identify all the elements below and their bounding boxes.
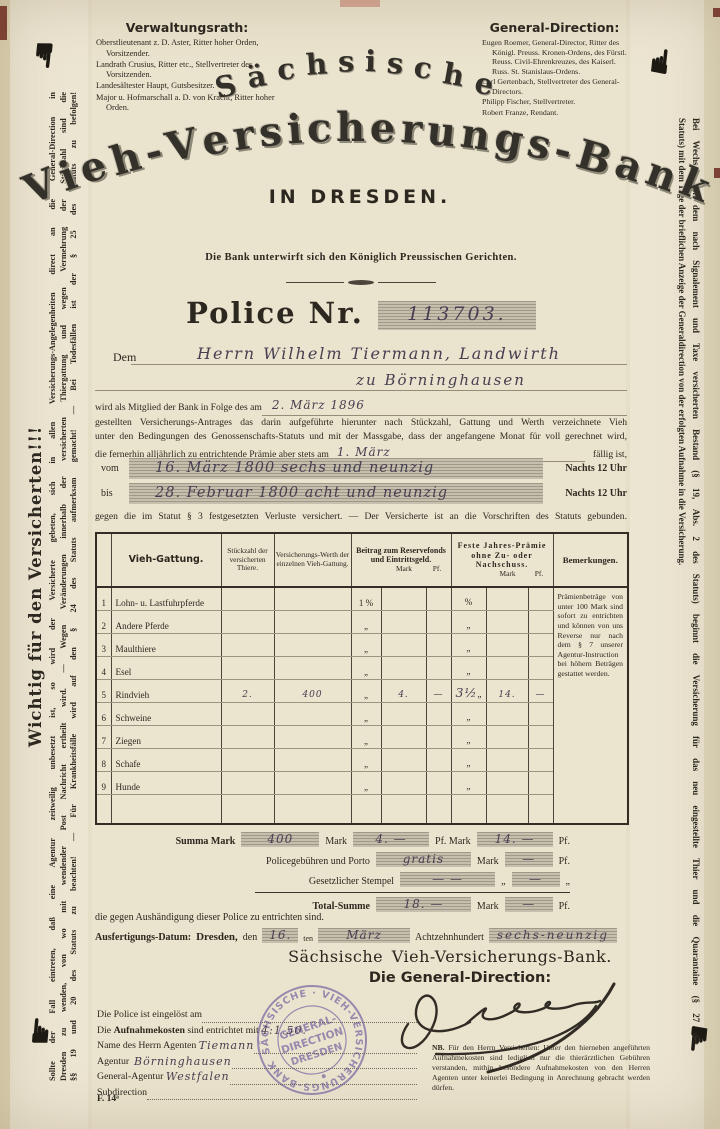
unit-label: Pf. [559,901,570,912]
aufnahme-post: sind entrichtet mit [187,1024,258,1039]
summary-block: Summa Mark 400 Mark 4. — Pf. Mark 14. — … [95,832,570,917]
unit-label: Pf. [559,856,570,867]
statute-closing-line: gegen die im Statut § 3 festgesetzten Ve… [95,510,627,525]
agent-label: Name des Herrn Agenten [97,1039,196,1054]
para-text: unter den Bedingungen des Genossenschaft… [95,430,627,445]
col-werth: Versicherungs-Werth der einzelnen Vieh-G… [274,533,351,587]
table-row: 5Rindvieh 2.400 „4.— 3½„ 14.— [96,679,628,702]
agentur-value-hw: Börninghausen [134,1055,232,1070]
issue-date-row: Ausfertigungs-Datum: Dresden, den 16. te… [95,928,627,943]
unit-label: „ [501,876,505,887]
col-praemie-group: Feste Jahres-Prämie ohne Zu- oder Nachsc… [451,533,553,587]
issue-den: den [243,932,257,943]
issue-month-box: März [318,928,410,943]
holder-place: zu Börninghausen [356,371,526,389]
col-bemerkungen: Bemerkungen. [553,533,628,587]
vom-value: 16. März 1800 sechs und neunzig [155,460,434,476]
holder-salutation: Dem [95,350,131,365]
verwaltungsrath-title: Verwaltungsrath: [96,20,278,35]
general-agentur-label: General-Agentur [97,1070,163,1085]
unit-label: Mark [477,856,499,867]
para-text: wird als Mitglied der Bank in Folge des … [95,401,262,416]
livestock-table: Vieh-Gattung. Stückzahl der versicherten… [95,532,629,825]
table-row: 8Schafe „ „ [96,748,628,771]
col-stueckzahl: Stückzahl der versicherten Thiere. [221,533,274,587]
bank-title-line2: Vieh-Versicherungs-Bank [24,104,696,151]
bis-value-box: 28. Februar 1800 acht und neunzig [129,483,543,504]
application-date-hw: 2. März 1896 [272,398,365,412]
holder-block: Dem Herrn Wilhelm Tiermann, Landwirth zu… [95,344,627,391]
issue-day-box: 16. [262,928,298,943]
total-box: 18. — [376,897,471,912]
issue-label: Ausfertigungs-Datum: [95,932,191,943]
gebuehren-label: Policegebühren und Porto [266,856,370,867]
table-row: 9Hunde „ „ [96,771,628,794]
bank-title-line1: Sächsische [28,44,692,78]
stempel-pf-box: — [512,872,560,887]
margin-line: Dresden zu wenden, von wo mit wendender … [59,92,70,1081]
remarks-cell: Prämienbeträge von unter 100 Mark sind s… [553,587,628,824]
premium-due-date-hw: 1. März [337,445,391,459]
stempel-row: Gesetzlicher Stempel — — „ — „ [95,872,570,887]
police-label: Police Nr. [186,296,364,330]
issue-city: Dresden, [196,931,238,943]
edge-mark [340,0,380,7]
table-row: 4Esel „ „ [96,656,628,679]
aufnahme-value-hw: 4:1.50. [261,1024,307,1039]
total-label: Total-Summe [313,901,370,912]
nb-text: Für den Herrn Versicherten: Unter den hi… [432,1043,650,1092]
general-direction-title: General-Direction: [482,20,627,35]
col-beitrag-group: Beitrag zum Reservefonds und Eintrittsge… [351,533,451,587]
court-note: Die Bank unterwirft sich den Königlich P… [95,252,627,263]
gebuehren-row: Policegebühren und Porto gratis Mark — P… [95,852,570,867]
table-row: 6Schweine „ „ [96,702,628,725]
nachts-label: Nachts 12 Uhr [543,488,627,499]
table-row: 2Andere Pferde „ „ [96,610,628,633]
bis-label: bis [95,488,129,499]
table-row: 7Ziegen „ „ [96,725,628,748]
eingeloest-label: Die Police ist eingelöst am [97,1008,202,1023]
margin-line: §§ 19 und 20 des Statuts zu beachten! — … [69,92,80,1081]
col-gattung: Vieh-Gattung. [111,533,221,587]
summa-label: Summa Mark [176,836,236,847]
issue-year-box: sechs-neunzig [489,928,617,943]
stempel-box: — — [400,872,495,887]
issue-ten: ten [303,934,313,943]
agentur-label: Agentur [97,1055,129,1070]
police-number: 113703. [407,303,507,325]
policy-document: ☛ ☛ ☛ ☛ Wichtig für den Versicherten!!! … [0,0,720,1129]
margin-line: Sollte der Fall eintreten, daß eine Agen… [48,92,59,1081]
nb-note: NB. Für den Herrn Versicherten: Unter de… [432,1043,650,1093]
police-number-row: Police Nr. 113703. [95,296,627,330]
aufnahme-pre: Die [97,1024,111,1039]
summa-row: Summa Mark 400 Mark 4. — Pf. Mark 14. — … [95,832,570,847]
total-pf-box: — [505,897,553,912]
summa-werth-box: 400 [241,832,319,847]
nachts-label: Nachts 12 Uhr [543,463,627,474]
holder-name: Herrn Wilhelm Tiermann, Landwirth [197,344,561,363]
edge-mark [713,8,720,17]
unit-label: Mark [477,901,499,912]
unit-label: Pf. [559,836,570,847]
unit-label: Pf. Mark [435,836,471,847]
bis-value: 28. Februar 1800 acht und neunzig [155,485,448,501]
stempel-label: Gesetzlicher Stempel [309,876,394,887]
aufnahmekosten-label: Aufnahmekosten [114,1024,185,1039]
summary-note: die gegen Aushändigung dieser Police zu … [95,912,324,923]
unit-label: Mark [325,836,347,847]
agent-name-hw: Tiemann [199,1039,255,1054]
margin-line: Bei Wechseln in dem nach Signalement und… [689,118,703,1045]
membership-paragraph: wird als Mitglied der Bank in Folge des … [95,398,627,462]
nb-label: NB. [432,1043,445,1052]
edge-mark [0,6,7,40]
unit-label: „ [566,876,570,887]
gebuehren-box: gratis [376,852,471,867]
form-number: F. 14ᵃ [97,1094,119,1104]
col-nr [96,533,111,587]
issue-hundert: Achtzehnhundert [415,932,484,943]
table-row: 3Maulthiere „ „ [96,633,628,656]
margin-line: Statuts) mit dem Tage der brieflichen An… [675,118,689,1045]
vom-label: vom [95,463,129,474]
table-row-empty [96,794,628,824]
gebuehren-pf-box: — [505,852,553,867]
summa-beitrag-box: 4. — [353,832,429,847]
para-text: gestellten Versicherungs-Antrages das da… [95,416,627,431]
validity-block: vom 16. März 1800 sechs und neunzig Nach… [95,458,627,525]
police-number-box: 113703. [378,301,536,330]
footer-agent-block: Die Police ist eingelöst am Die Aufnahme… [97,1008,417,1101]
ornament-divider [95,280,627,285]
summa-praemie-box: 14. — [477,832,553,847]
table-row: 1Lohn- u. Lastfuhrpferde 1 % % Prämienbe… [96,587,628,610]
general-agentur-value-hw: Westfalen [166,1070,230,1085]
total-row: Total-Summe 18. — Mark — Pf. [95,897,570,912]
signature-company: Sächsische Vieh-Versicherungs-Bank. [230,947,670,966]
bank-title-city: IN DRESDEN. [28,186,692,208]
vom-value-box: 16. März 1800 sechs und neunzig [129,458,543,479]
summary-rule [255,892,570,893]
